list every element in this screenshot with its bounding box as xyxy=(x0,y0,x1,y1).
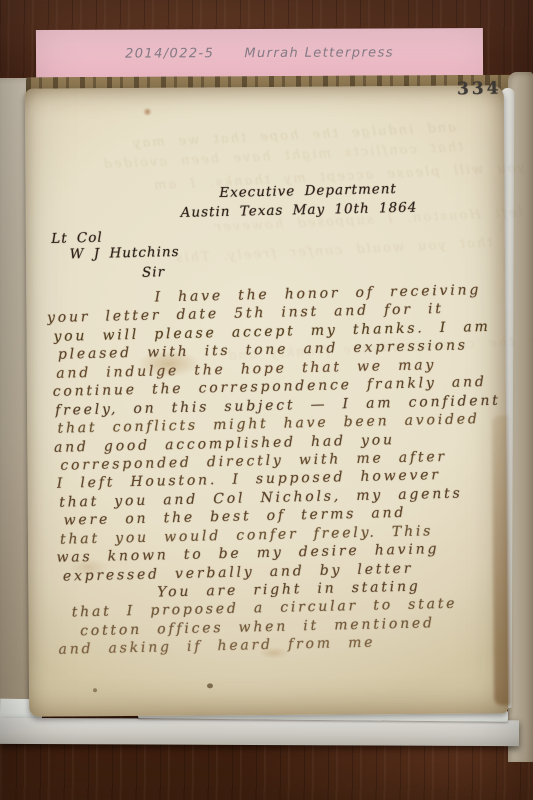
letter-heading-dateline: Austin Texas May 10th 1864 xyxy=(181,200,418,221)
show-through-text: that you would confer freely. This xyxy=(173,236,492,267)
letterpress-page: and indulge the hope that we may that co… xyxy=(25,85,508,716)
slip-accession-number: 2014/022-5 xyxy=(125,46,214,61)
letter-heading-department: Executive Department xyxy=(219,181,397,201)
letter-recipient-rank: Lt Col xyxy=(51,230,103,247)
book-bottom-board xyxy=(0,718,519,746)
letter-salutation: Sir xyxy=(142,264,165,281)
show-through-text: and indulge the hope that we may xyxy=(131,120,456,151)
archival-slip: 2014/022-5 Murrah Letterpress xyxy=(36,28,483,78)
letter-body: I have the honor of receiving your lette… xyxy=(42,281,505,660)
slip-collection-label: Murrah Letterpress xyxy=(244,45,394,61)
show-through-text: that conflicts might have been avoided xyxy=(101,140,463,173)
folio-number: 334 xyxy=(457,79,502,100)
document-photo: 2014/022-5 Murrah Letterpress and indulg… xyxy=(0,0,533,800)
letter-recipient-name: W J Hutchins xyxy=(69,244,179,262)
handwritten-letter: and indulge the hope that we may that co… xyxy=(20,82,513,721)
